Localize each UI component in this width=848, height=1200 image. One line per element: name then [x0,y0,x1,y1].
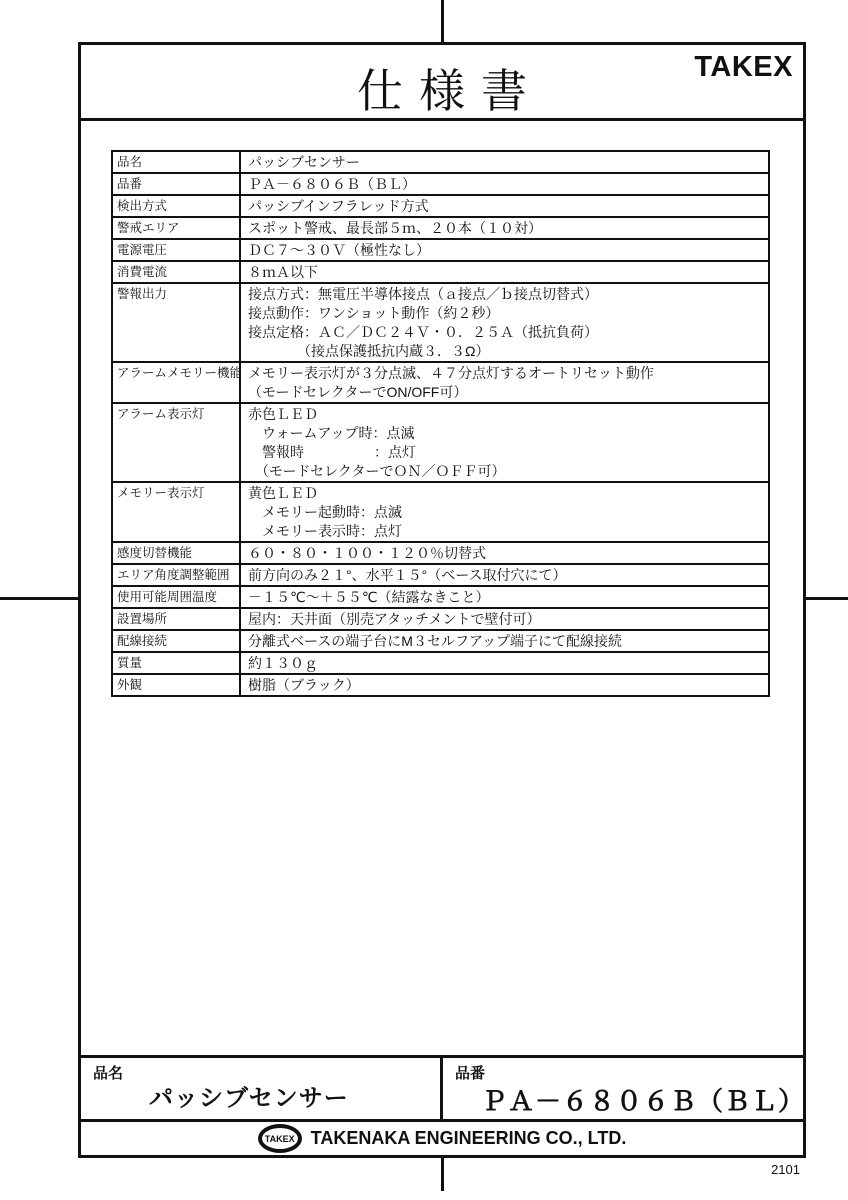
spec-row-label: 感度切替機能 [113,543,241,563]
spec-row: 使用可能周囲温度－１５℃～＋５５℃（結露なきこと） [113,587,768,609]
summary-number-value: ＰＡ－６８０６Ｂ（ＢＬ） [481,1081,805,1118]
spec-value-line: 樹脂（ブラック） [248,676,764,695]
spec-row-value: パッシブセンサー [241,152,768,172]
spec-row-label: 電源電圧 [113,240,241,260]
spec-row-value: パッシブインフラレッド方式 [241,196,768,216]
spec-row-value: 黄色ＬＥＤ メモリー起動時：点滅 メモリー表示時：点灯 [241,483,768,541]
spec-row-label: メモリー表示灯 [113,483,241,541]
spec-row-label: エリア角度調整範囲 [113,565,241,585]
spec-row-label: 外観 [113,675,241,695]
spec-row: 消費電流８ｍＡ以下 [113,262,768,284]
spec-value-line: （接点保護抵抗内蔵３．３Ω） [248,342,764,361]
spec-row: 品番ＰＡ－６８０６Ｂ（ＢＬ） [113,174,768,196]
summary-name-cell: 品名 パッシブセンサー [81,1058,443,1119]
spec-value-line: ＰＡ－６８０６Ｂ（ＢＬ） [248,175,764,194]
spec-row: 品名パッシブセンサー [113,152,768,174]
spec-row-value: ＤＣ７～３０Ｖ（極性なし） [241,240,768,260]
spec-row-label: 検出方式 [113,196,241,216]
spec-row-value: 樹脂（ブラック） [241,675,768,695]
spec-value-line: ６０・８０・１００・１２０％切替式 [248,544,764,563]
spec-row: 警戒エリアスポット警戒、最長部５ｍ、２０本（１０対） [113,218,768,240]
crop-mark-left [0,597,78,600]
spec-table: 品名パッシブセンサー品番ＰＡ－６８０６Ｂ（ＢＬ）検出方式パッシブインフラレッド方… [111,150,770,697]
spec-value-line: 警報時 ：点灯 [248,443,764,462]
spec-row-value: ６０・８０・１００・１２０％切替式 [241,543,768,563]
spec-row: 電源電圧ＤＣ７～３０Ｖ（極性なし） [113,240,768,262]
spec-row: 設置場所屋内：天井面（別売アタッチメントで壁付可） [113,609,768,631]
spec-value-line: メモリー表示時：点灯 [248,522,764,541]
summary-section: 品名 パッシブセンサー 品番 ＰＡ－６８０６Ｂ（ＢＬ） TAKEX TAKENA… [81,1055,803,1155]
spec-value-line: 前方向のみ２１°、水平１５°（ベース取付穴にて） [248,566,764,585]
summary-row: 品名 パッシブセンサー 品番 ＰＡ－６８０６Ｂ（ＢＬ） [81,1055,803,1119]
summary-name-label: 品名 [93,1062,123,1083]
summary-name-value: パッシブセンサー [149,1078,349,1113]
spec-row-value: 接点方式：無電圧半導体接点（ａ接点／ｂ接点切替式）接点動作：ワンショット動作（約… [241,284,768,361]
spec-row-value: 赤色ＬＥＤ ウォームアップ時：点滅 警報時 ：点灯 （モードセレクターでＯＮ／Ｏ… [241,404,768,481]
spec-row-value: ８ｍＡ以下 [241,262,768,282]
spec-row-value: 約１３０ｇ [241,653,768,673]
company-band: TAKEX TAKENAKA ENGINEERING CO., LTD. [81,1119,803,1155]
spec-row: アラームメモリー機能メモリー表示灯が３分点滅、４７分点灯するオートリセット動作（… [113,363,768,404]
crop-mark-right [804,597,848,600]
spec-value-line: メモリー表示灯が３分点滅、４７分点灯するオートリセット動作 [248,364,764,383]
spec-row-label: 警報出力 [113,284,241,361]
spec-row-value: 分離式ベースの端子台にM３セルフアップ端子にて配線接続 [241,631,768,651]
spec-row-label: 品番 [113,174,241,194]
spec-sheet-frame: 仕様書 TAKEX 品名パッシブセンサー品番ＰＡ－６８０６Ｂ（ＢＬ）検出方式パッ… [78,42,806,1158]
spec-row-value: スポット警戒、最長部５ｍ、２０本（１０対） [241,218,768,238]
spec-value-line: パッシブセンサー [248,153,764,172]
spec-row-value: ＰＡ－６８０６Ｂ（ＢＬ） [241,174,768,194]
spec-value-line: 屋内：天井面（別売アタッチメントで壁付可） [248,610,764,629]
spec-row: アラーム表示灯赤色ＬＥＤ ウォームアップ時：点滅 警報時 ：点灯 （モードセレク… [113,404,768,483]
spec-row: エリア角度調整範囲前方向のみ２１°、水平１５°（ベース取付穴にて） [113,565,768,587]
takex-brand-logo: TAKEX [694,51,793,84]
takex-oval-logo-icon: TAKEX [258,1124,302,1153]
sheet-title: 仕様書 [357,55,543,121]
company-name: TAKENAKA ENGINEERING CO., LTD. [311,1128,627,1149]
sheet-header: 仕様書 TAKEX [81,45,803,121]
spec-row: 警報出力接点方式：無電圧半導体接点（ａ接点／ｂ接点切替式）接点動作：ワンショット… [113,284,768,363]
spec-value-line: 接点動作：ワンショット動作（約２秒） [248,304,764,323]
spec-row: 感度切替機能６０・８０・１００・１２０％切替式 [113,543,768,565]
spec-value-line: ウォームアップ時：点滅 [248,424,764,443]
crop-mark-bottom [441,1157,444,1191]
spec-value-line: 接点定格：ＡＣ／ＤＣ２４Ｖ・０．２５Ａ（抵抗負荷） [248,323,764,342]
spec-value-line: －１５℃～＋５５℃（結露なきこと） [248,588,764,607]
spec-row-value: メモリー表示灯が３分点滅、４７分点灯するオートリセット動作（モードセレクターでO… [241,363,768,402]
spec-row: 外観樹脂（ブラック） [113,675,768,695]
spec-row-value: －１５℃～＋５５℃（結露なきこと） [241,587,768,607]
spec-row: メモリー表示灯黄色ＬＥＤ メモリー起動時：点滅 メモリー表示時：点灯 [113,483,768,543]
spec-value-line: メモリー起動時：点滅 [248,503,764,522]
spec-value-line: （モードセレクターでＯＮ／ＯＦＦ可） [248,462,764,481]
spec-value-line: （モードセレクターでON/OFF可） [248,383,764,402]
spec-value-line: 接点方式：無電圧半導体接点（ａ接点／ｂ接点切替式） [248,285,764,304]
spec-sheet-page: 仕様書 TAKEX 品名パッシブセンサー品番ＰＡ－６８０６Ｂ（ＢＬ）検出方式パッ… [0,0,848,1200]
spec-value-line: 分離式ベースの端子台にM３セルフアップ端子にて配線接続 [248,632,764,651]
takex-oval-logo-text: TAKEX [265,1134,295,1144]
spec-row-label: 配線接続 [113,631,241,651]
spec-row-label: アラーム表示灯 [113,404,241,481]
summary-number-label: 品番 [455,1062,485,1083]
spec-row-label: 消費電流 [113,262,241,282]
spec-row: 質量約１３０ｇ [113,653,768,675]
spec-row-label: 警戒エリア [113,218,241,238]
spec-value-line: スポット警戒、最長部５ｍ、２０本（１０対） [248,219,764,238]
spec-value-line: ８ｍＡ以下 [248,263,764,282]
spec-row-value: 前方向のみ２１°、水平１５°（ベース取付穴にて） [241,565,768,585]
spec-row-label: 使用可能周囲温度 [113,587,241,607]
summary-number-cell: 品番 ＰＡ－６８０６Ｂ（ＢＬ） [443,1058,803,1119]
spec-row: 配線接続分離式ベースの端子台にM３セルフアップ端子にて配線接続 [113,631,768,653]
spec-row-label: アラームメモリー機能 [113,363,241,402]
spec-value-line: 約１３０ｇ [248,654,764,673]
spec-value-line: ＤＣ７～３０Ｖ（極性なし） [248,241,764,260]
doc-code: 2101 [771,1162,800,1177]
crop-mark-top [441,0,444,45]
spec-value-line: 黄色ＬＥＤ [248,484,764,503]
spec-row-value: 屋内：天井面（別売アタッチメントで壁付可） [241,609,768,629]
spec-row-label: 品名 [113,152,241,172]
spec-value-line: 赤色ＬＥＤ [248,405,764,424]
spec-row-label: 設置場所 [113,609,241,629]
spec-value-line: パッシブインフラレッド方式 [248,197,764,216]
spec-row: 検出方式パッシブインフラレッド方式 [113,196,768,218]
spec-row-label: 質量 [113,653,241,673]
